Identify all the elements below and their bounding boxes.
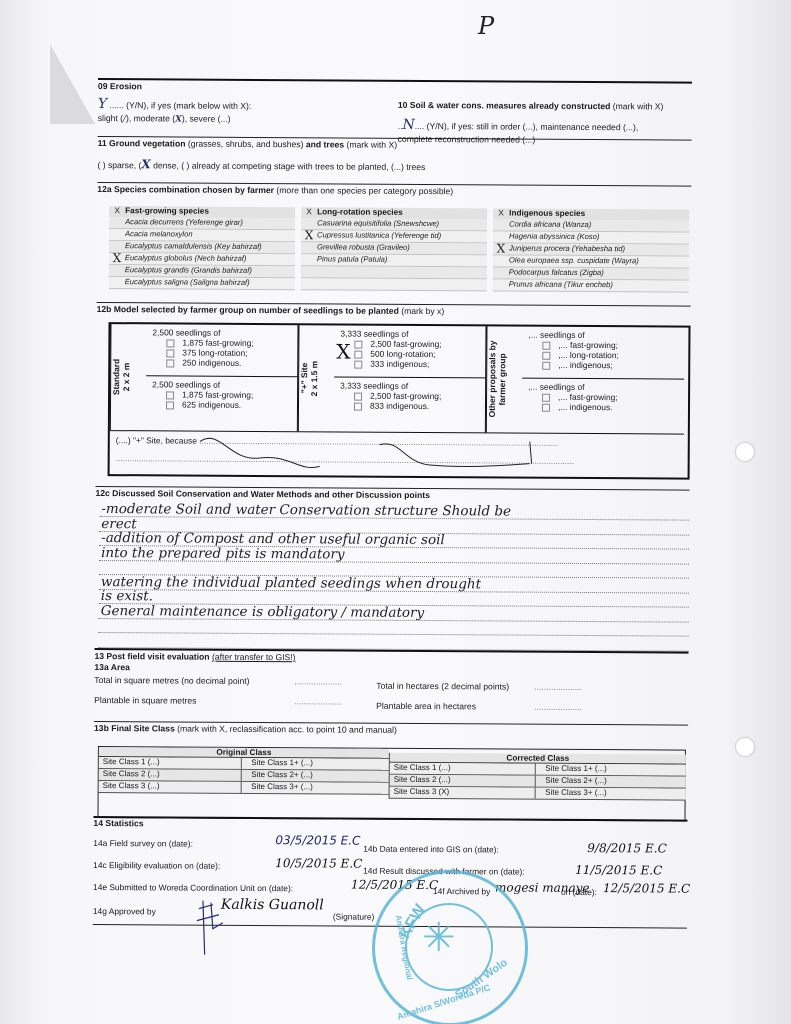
discussion-line: into the prepared pits is mandatory: [101, 545, 345, 562]
approved-by-signature[interactable]: Kalkis Guanoll: [221, 897, 324, 915]
species-mark[interactable]: [109, 277, 125, 288]
species-row[interactable]: Acacia decurrens (Yeferenge girar): [109, 217, 295, 230]
species-table: XFast-growing speciesAcacia decurrens (Y…: [97, 206, 692, 306]
site-class-row: Site Class 3 (X)Site Class 3+ (...): [390, 787, 686, 801]
plantable-ha-label: Plantable area in hectares: [376, 701, 476, 712]
seedling-option[interactable]: 625 indigenous.: [166, 399, 291, 410]
standard-label: Standard2 x 2 m: [110, 324, 147, 430]
total-sqm-field[interactable]: ....................: [294, 677, 342, 688]
soil-water-prompt: (Y/N), if yes: still in order (...), mai…: [427, 121, 639, 132]
species-mark[interactable]: [301, 254, 317, 265]
checkbox[interactable]: [166, 339, 174, 347]
option-label: ,... fast-growing;: [558, 392, 618, 402]
species-name: Acacia decurrens (Yeferenge girar): [125, 217, 243, 229]
site-class-option[interactable]: Site Class 1+ (...): [241, 758, 389, 770]
species-row[interactable]: [301, 278, 487, 291]
option-label: 2,500 fast-growing;: [370, 339, 441, 349]
checkbox[interactable]: [354, 350, 362, 358]
species-row[interactable]: Eucalyptus camaldulensis (Key bahirzaf): [109, 241, 295, 254]
seedling-model-table: Standard2 x 2 m 2,500 seedlings of 1,875…: [108, 322, 691, 480]
total-ha-field[interactable]: ....................: [534, 682, 582, 693]
page-mark: P: [478, 12, 494, 40]
site-class-option[interactable]: Site Class 3 (...): [99, 781, 242, 793]
section-title: 12c Discussed Soil Conservation and Wate…: [95, 488, 429, 500]
species-name: Podocarpus falcatus (Zigba): [509, 268, 604, 280]
species-row[interactable]: Eucalyptus grandis (Grandis bahirzaf): [109, 265, 295, 278]
dense-mark[interactable]: X: [141, 157, 150, 171]
official-stamp: ✳ KFW South Wolo Amahira S/Woreda P/C Am…: [372, 870, 528, 1024]
area-title: 13a Area: [94, 662, 688, 676]
option-label: ,... fast-growing;: [558, 340, 618, 350]
species-name: Pinus patula (Patula): [317, 254, 388, 265]
species-row[interactable]: Prunus africana (Tikur encheb): [493, 279, 689, 292]
other-option-a[interactable]: ,... seedlings of ,... fast-growing;,...…: [522, 327, 684, 380]
vegetation-options: ( ) sparse, (: [97, 160, 141, 170]
section-title-and: and trees: [306, 139, 344, 149]
section-title: 12b Model selected by farmer group on nu…: [97, 304, 399, 316]
because-label: (....) "+" Site, because: [116, 435, 197, 445]
site-class-option[interactable]: Site Class 1 (...): [99, 757, 242, 769]
site-class-option[interactable]: Site Class 3 (X): [390, 787, 536, 799]
checkbox[interactable]: [166, 359, 174, 367]
option-label: 375 long-rotation;: [182, 348, 247, 358]
plantable-ha-field[interactable]: ....................: [534, 702, 582, 713]
checkbox[interactable]: [542, 342, 550, 350]
discussion-line: General maintenance is obligatory / mand…: [101, 603, 424, 621]
slight-label: slight (: [98, 113, 123, 123]
data-entered-date[interactable]: 9/8/2015 E.C: [587, 841, 667, 856]
section-hint: (mark with X): [346, 140, 397, 150]
checkbox[interactable]: [542, 352, 550, 360]
species-row[interactable]: Eucalyptus saligna (Sailgna bahirzaf): [109, 277, 295, 290]
species-mark[interactable]: [109, 265, 125, 276]
option-label: 2,500 fast-growing;: [370, 391, 441, 401]
moderate-label: ), moderate (: [126, 113, 175, 123]
section-hint: (after transfer to GIS!): [212, 652, 296, 663]
eligibility-date[interactable]: 10/5/2015 E.C: [275, 856, 362, 872]
seedling-option[interactable]: 333 indigenous;: [354, 359, 479, 370]
species-mark[interactable]: X: [301, 230, 317, 241]
data-entered-label: 14b Data entered into GIS on (date):: [363, 844, 499, 855]
plus-site-mark[interactable]: X: [336, 339, 350, 363]
section-12b-model: 12b Model selected by farmer group on nu…: [97, 304, 691, 318]
species-column-header: Fast-growing species: [125, 206, 209, 218]
scribble-mark: [200, 432, 620, 475]
site-class-table: Original Class Site Class 1 (...)Site Cl…: [97, 746, 685, 822]
species-column-header: Indigenous species: [509, 209, 585, 220]
seedling-option[interactable]: ,... indigenous;: [542, 360, 678, 371]
checkbox[interactable]: [354, 360, 362, 368]
archived-date[interactable]: 12/5/2015 E.C: [603, 881, 690, 897]
species-name: Grevillea robusta (Gravileo): [317, 242, 410, 254]
option-label: 500 long-rotation;: [370, 349, 435, 359]
species-name: Cupressus lustitanica (Yeferenge tid): [317, 230, 441, 242]
erosion-answer[interactable]: Y: [98, 96, 107, 112]
star-emblem-icon: ✳: [422, 918, 456, 958]
species-name: Juniperus procera (Yehabesha tid): [509, 244, 625, 256]
plus-site-reason[interactable]: (....) "+" Site, because ...............…: [110, 430, 684, 474]
initials-scribble: [193, 899, 233, 959]
site-class-option[interactable]: Site Class 3+ (...): [535, 788, 686, 800]
species-row[interactable]: XEucalyptus globolus (Nech bahirzaf): [109, 253, 295, 266]
option-label: 333 indigenous;: [370, 359, 429, 369]
section-hint: (mark with X): [613, 101, 664, 111]
approved-label: 14g Approved by: [93, 906, 156, 916]
discussion-notes[interactable]: -moderate Soil and water Conservation st…: [98, 502, 689, 656]
species-name: Eucalyptus camaldulensis (Key bahirzaf): [125, 241, 262, 253]
species-row[interactable]: XCupressus lustitanica (Yeferenge tid): [301, 230, 487, 243]
species-name: Eucalyptus saligna (Sailgna bahirzaf): [125, 277, 250, 289]
checkbox[interactable]: [354, 392, 362, 400]
species-column: XIndigenous speciesCordia africana (Wanz…: [493, 208, 690, 292]
checkbox[interactable]: [354, 340, 362, 348]
punch-hole: [736, 443, 754, 461]
species-row[interactable]: [301, 266, 487, 279]
option-label: 250 indigenous.: [182, 358, 241, 368]
section-hint: (mark by x): [401, 306, 444, 316]
checkbox[interactable]: [166, 391, 174, 399]
section-title: 14 Statistics: [93, 818, 687, 832]
species-mark[interactable]: [301, 242, 317, 253]
section-hint: (grasses, shrubs, and bushes): [188, 139, 304, 150]
section-hint: (mark with X, reclassification acc. to p…: [177, 723, 397, 734]
plus-site-option-b[interactable]: 3,333 seedlings of 2,500 fast-growing;83…: [334, 377, 486, 432]
checkbox[interactable]: [542, 362, 550, 370]
species-name: Prunus africana (Tikur encheb): [509, 280, 613, 292]
total-ha-label: Total in hectares (2 decimal points): [376, 681, 509, 693]
section-title: 10 Soil & water cons. measures already c…: [398, 100, 611, 111]
mark-column-header: X: [493, 208, 509, 219]
section-hint: (more than one species per category poss…: [276, 185, 453, 196]
option-label: 1,875 fast-growing;: [182, 390, 253, 400]
option-label: ,... long-rotation;: [558, 350, 619, 360]
section-title: 12a Species combination chosen by farmer: [97, 184, 274, 195]
other-option-b[interactable]: ,... seedlings of ,... fast-growing;,...…: [522, 379, 684, 434]
species-mark[interactable]: [493, 267, 509, 278]
site-class-option[interactable]: Site Class 3+ (...): [241, 782, 389, 794]
species-column-header: Long-rotation species: [317, 207, 403, 219]
species-mark[interactable]: [493, 219, 509, 230]
species-mark[interactable]: X: [493, 243, 509, 254]
vegetation-options-2: dense, ( ) already at competing stage wi…: [151, 160, 426, 172]
ruled-line: [99, 632, 689, 637]
option-label: ,... indigenous.: [558, 402, 613, 412]
soil-water-answer[interactable]: N: [402, 117, 414, 133]
plantable-sqm-field[interactable]: ....................: [294, 697, 342, 708]
species-name: Cordia africana (Wanza): [509, 220, 591, 232]
mark-column-header: X: [109, 206, 125, 217]
site-class-option[interactable]: Site Class 1+ (...): [535, 764, 686, 776]
site-class-option[interactable]: Site Class 2+ (...): [241, 770, 389, 782]
option-label: 1,875 fast-growing;: [182, 338, 253, 348]
species-row[interactable]: Grevillea robusta (Gravileo): [301, 242, 487, 255]
section-title: 13 Post field visit evaluation: [94, 651, 209, 662]
discussion-line: -moderate Soil and water Conservation st…: [101, 501, 511, 520]
standard-option-b[interactable]: 2,500 seedlings of 1,875 fast-growing;62…: [146, 376, 298, 431]
erosion-prompt: (Y/N), if yes (mark below with X):: [126, 100, 251, 111]
species-mark[interactable]: [109, 217, 125, 228]
species-mark[interactable]: X: [109, 253, 125, 264]
species-mark[interactable]: [109, 229, 125, 240]
species-column: XFast-growing speciesAcacia decurrens (Y…: [109, 206, 296, 290]
plantable-sqm-label: Plantable in square metres: [94, 695, 196, 706]
species-name: Acacia melanoxylon: [125, 229, 193, 240]
total-sqm-label: Total in square metres (no decimal point…: [94, 675, 249, 686]
species-row[interactable]: Casuarina equisitifolia (Snewshcwe): [301, 218, 487, 231]
site-class-option[interactable]: Site Class 2+ (...): [535, 776, 686, 788]
species-mark[interactable]: [301, 278, 317, 289]
species-name: Casuarina equisitifolia (Snewshcwe): [317, 218, 439, 230]
checkbox[interactable]: [542, 403, 550, 411]
option-label: 625 indigenous.: [182, 400, 241, 410]
standard-option-a[interactable]: 2,500 seedlings of 1,875 fast-growing;37…: [146, 324, 298, 377]
option-label: 833 indigenous.: [370, 401, 429, 411]
archived-on-label: on (date):: [561, 887, 597, 897]
site-class-option[interactable]: Site Class 2 (...): [390, 775, 536, 787]
seedling-option[interactable]: 833 indigenous.: [354, 401, 479, 412]
site-class-row: Site Class 3 (...)Site Class 3+ (...): [99, 781, 389, 795]
mark-column-header: X: [301, 207, 317, 218]
species-mark[interactable]: [301, 266, 317, 277]
submitted-label: 14e Submitted to Woreda Coordination Uni…: [93, 882, 293, 893]
species-name: Eucalyptus grandis (Grandis bahirzaf): [125, 265, 252, 277]
species-row[interactable]: Acacia melanoxylon: [109, 229, 295, 242]
section-13-evaluation: 13 Post field visit evaluation (after tr…: [94, 651, 688, 713]
field-survey-date[interactable]: 03/5/2015 E.C: [275, 833, 360, 849]
section-title: 11 Ground vegetation: [98, 138, 186, 149]
original-class: Original Class Site Class 1 (...)Site Cl…: [99, 747, 389, 795]
other-proposals-label: Other proposals byfarmer group: [486, 326, 523, 432]
checkbox[interactable]: [166, 349, 174, 357]
plus-site-label: "+" Site2 x 1.5 m: [298, 325, 335, 431]
field-survey-label: 14a Field survey on (date):: [93, 838, 193, 849]
section-12a-species: 12a Species combination chosen by farmer…: [97, 184, 691, 198]
plus-site-option-a[interactable]: 3,333 seedlings of X 2,500 fast-growing;…: [334, 325, 486, 378]
eligibility-label: 14c Eligibility evaluation on (date):: [93, 860, 220, 871]
checkbox[interactable]: [542, 393, 550, 401]
site-class-option[interactable]: Site Class 2 (...): [99, 769, 242, 781]
species-name: Olea europaea ssp. cuspidate (Wayra): [509, 256, 639, 268]
species-name: Eucalyptus globolus (Nech bahirzaf): [125, 253, 247, 265]
section-title: 13b Final Site Class: [94, 723, 175, 733]
section-title: 09 Erosion: [98, 81, 692, 95]
site-class-option[interactable]: Site Class 1 (...): [390, 763, 536, 775]
seedling-option[interactable]: ,... indigenous.: [542, 402, 678, 413]
species-mark[interactable]: [493, 255, 509, 266]
section-13b-final-site-class: 13b Final Site Class (mark with X, recla…: [94, 723, 688, 737]
punch-hole: [736, 738, 754, 756]
species-mark[interactable]: [493, 279, 509, 290]
discussion-line: watering the individual planted seedings…: [101, 574, 481, 592]
site-assessment-form: 09 Erosion Y ...... (Y/N), if yes (mark …: [93, 78, 692, 928]
severe-label: ), severe (...): [182, 114, 231, 124]
seedling-option[interactable]: 250 indigenous.: [166, 357, 291, 368]
corrected-class: Corrected Class Site Class 1 (...)Site C…: [389, 753, 686, 801]
signature-label: (Signature): [333, 911, 374, 921]
section-12c-discussion: 12c Discussed Soil Conservation and Wate…: [95, 488, 689, 502]
result-discussed-date[interactable]: 11/5/2015 E.C: [575, 863, 662, 879]
species-column: XLong-rotation speciesCasuarina equisiti…: [301, 207, 488, 291]
folded-corner: [50, 44, 95, 124]
option-label: ,... indigenous;: [558, 360, 613, 370]
checkbox[interactable]: [166, 401, 174, 409]
checkbox[interactable]: [354, 402, 362, 410]
section-11-ground-vegetation: 11 Ground vegetation (grasses, shrubs, a…: [97, 138, 691, 175]
species-row[interactable]: Pinus patula (Patula): [301, 254, 487, 267]
species-name: Hagenia abyssinica (Koso): [509, 232, 599, 244]
